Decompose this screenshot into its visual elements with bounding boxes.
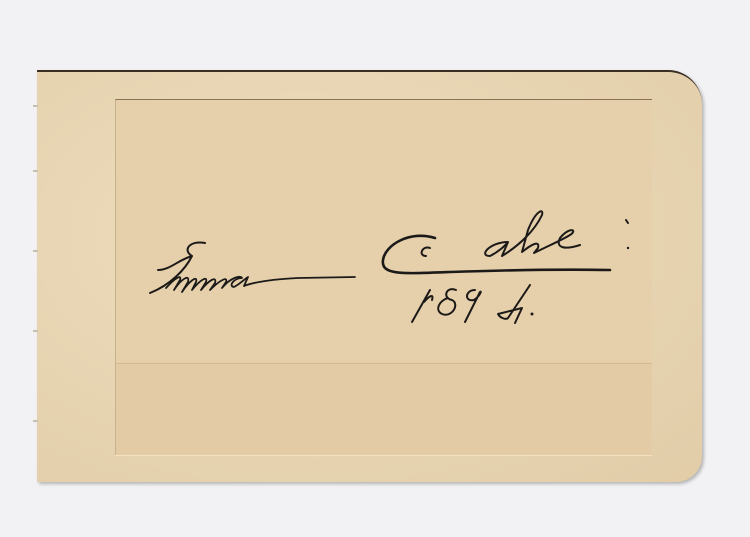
binding-hole <box>33 330 38 332</box>
binding-hole <box>33 420 38 422</box>
lower-flap <box>116 364 652 455</box>
binding-hole <box>33 170 38 172</box>
binding-hole <box>33 105 38 107</box>
binding-hole <box>33 250 38 252</box>
signature <box>130 190 650 340</box>
